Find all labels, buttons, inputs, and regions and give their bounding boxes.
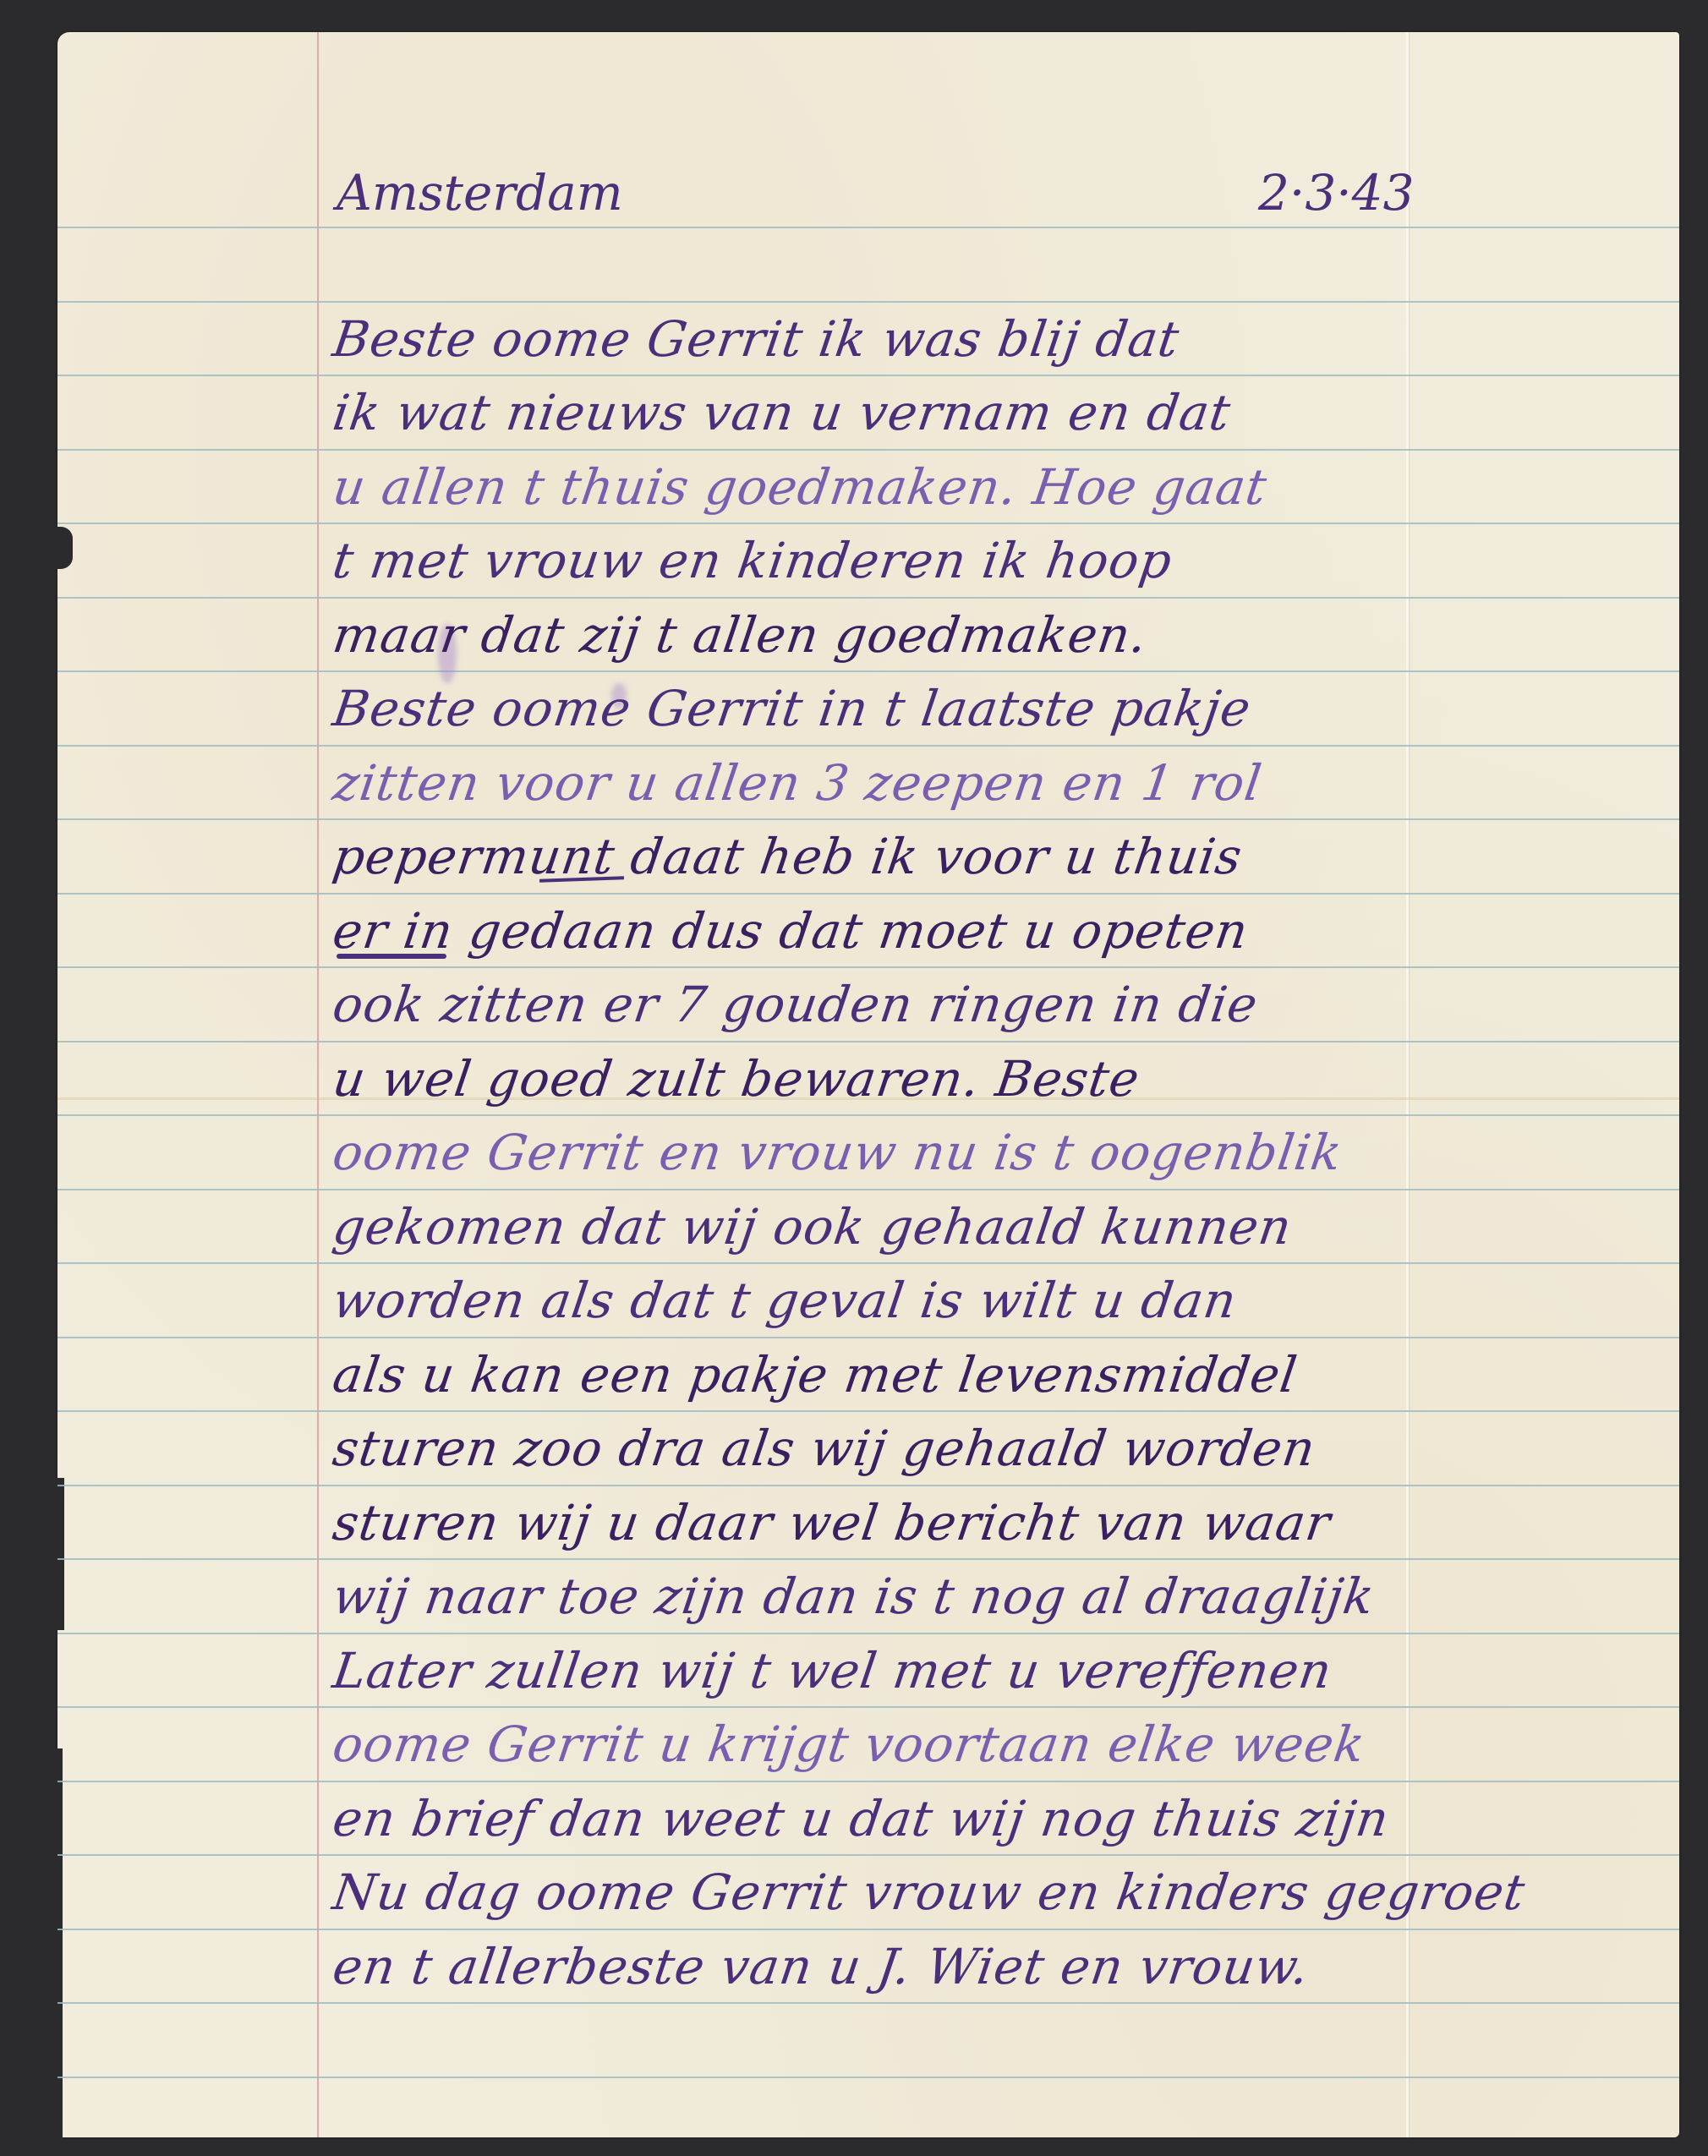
letter-line: Beste oome Gerrit ik was blij dat [328,301,1656,377]
underline-stroke [337,954,446,959]
letter-line: u allen t thuis goedmaken. Hoe gaat [328,449,1656,525]
torn-edge [54,1748,63,2154]
letter-line: oome Gerrit u krijgt voortaan elke week [328,1706,1656,1782]
letter-place: Amsterdam [337,155,623,231]
red-margin-line [317,32,319,2137]
letter-line: u wel goed zult bewaren. Beste [328,1041,1656,1117]
letter-line: als u kan een pakje met levensmiddel [328,1337,1656,1413]
letter-date: 2·3·43 [1258,155,1414,231]
letter-line: sturen zoo dra als wij gehaald worden [328,1410,1656,1486]
letter-line: en brief dan weet u dat wij nog thuis zi… [328,1781,1656,1857]
letter-line: sturen wij u daar wel bericht van waar [328,1485,1656,1561]
letter-line: ik wat nieuws van u vernam en dat [328,375,1656,451]
letter-line: worden als dat t geval is wilt u dan [328,1262,1656,1338]
letter-line: ook zitten er 7 gouden ringen in die [328,966,1656,1042]
letter-line: pepermunt daat heb ik voor u thuis [328,818,1656,895]
letter-line: Nu dag oome Gerrit vrouw en kinders gegr… [328,1854,1656,1930]
letter-paper: Amsterdam 2·3·43 Beste oome Gerrit ik wa… [57,32,1679,2137]
rule-line [57,227,1679,228]
letter-line: wij naar toe zijn dan is t nog al draagl… [328,1558,1656,1634]
letter-line: oome Gerrit en vrouw nu is t oogenblik [328,1114,1656,1190]
letter-line: Beste oome Gerrit in t laatste pakje [328,670,1656,747]
letter-line: zitten voor u allen 3 zeepen en 1 rol [328,745,1656,821]
rule-line [57,2077,1679,2078]
letter-line: Later zullen wij t wel met u vereffenen [328,1633,1656,1709]
letter-line: gekomen dat wij ook gehaald kunnen [328,1189,1656,1265]
letter-line: maar dat zij t allen goedmaken. [328,597,1656,673]
torn-edge [54,527,73,569]
torn-edge [54,1478,64,1630]
letter-line: er in gedaan dus dat moet u opeten [328,893,1656,969]
letter-signature: en t allerbeste van u J. Wiet en vrouw. [328,1929,1656,2005]
letter-line: t met vrouw en kinderen ik hoop [328,523,1656,599]
